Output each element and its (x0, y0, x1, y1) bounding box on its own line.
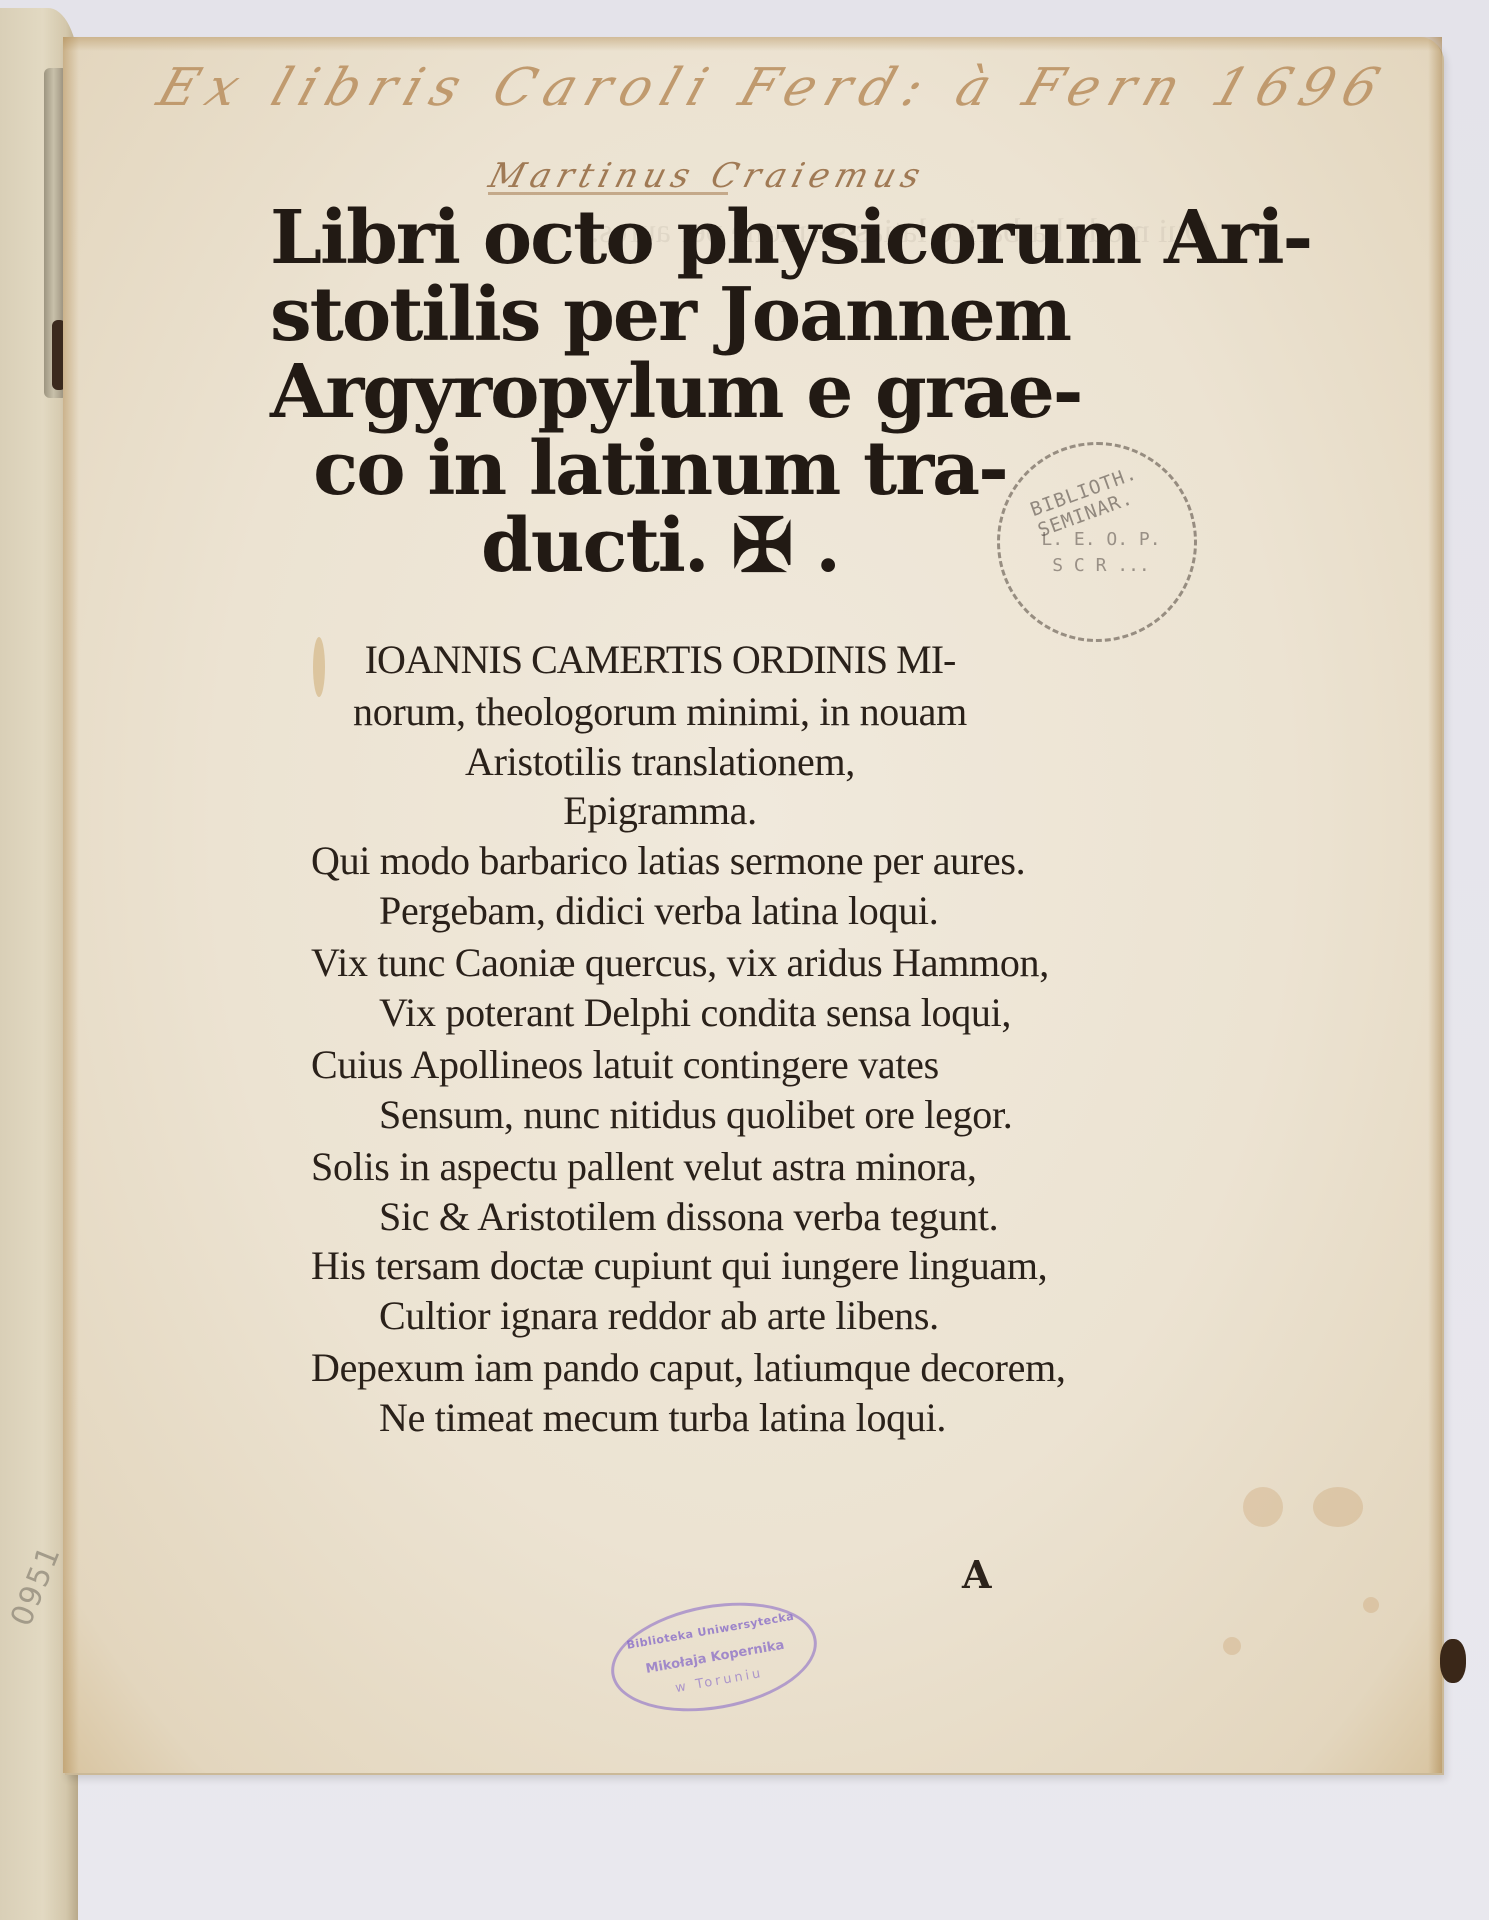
epigram-heading: Epigramma. (330, 787, 990, 834)
book-title: Libri octo physicorum Ari- stotilis per … (270, 200, 1050, 585)
title-line: ducti. ✠ . (270, 508, 1050, 585)
verse-line: His tersam doctæ cupiunt qui iungere lin… (311, 1242, 1047, 1289)
signature-mark: A (962, 1552, 991, 1597)
foxing-spot (1363, 1597, 1379, 1613)
title-line: co in latinum tra- (270, 431, 1050, 508)
verse-line: Depexum iam pando caput, latiumque decor… (311, 1344, 1066, 1391)
verse-line: Cultior ignara reddor ab arte libens. (379, 1292, 939, 1339)
verse-line: Qui modo barbarico latias sermone per au… (311, 837, 1025, 884)
stamp-text-line: S C R ... (1036, 553, 1166, 579)
title-line: Argyropylum e grae- (270, 354, 1050, 431)
stamp-text: L. E. O. P. S C R ... (1036, 527, 1166, 579)
burn-mark (1440, 1639, 1466, 1683)
owner-inscription: Martinus Craiemus (485, 156, 931, 196)
verse-line: Solis in aspectu pallent velut astra min… (311, 1143, 977, 1190)
verse-line: Pergebam, didici verba latina loqui. (379, 887, 938, 934)
verse-line: Ne timeat mecum turba latina loqui. (379, 1394, 946, 1441)
foxing-spot (1313, 1487, 1363, 1527)
dedication-line: norum, theologorum minimi, in nouam (330, 688, 990, 735)
verse-line: Sensum, nunc nitidus quolibet ore legor. (379, 1091, 1013, 1138)
foxing-spot (1223, 1637, 1241, 1655)
page-edge-stain (1428, 37, 1442, 1773)
stamp-text-line: L. E. O. P. (1036, 527, 1166, 553)
shelfmark: 0951 (4, 1540, 68, 1631)
ex-libris-inscription: Ex libris Caroli Ferd: à Fern 1696 (150, 58, 1396, 118)
verse-line: Cuius Apollineos latuit contingere vates (311, 1041, 939, 1088)
title-line: stotilis per Joannem (270, 277, 1050, 354)
verse-line: Vix poterant Delphi condita sensa loqui, (379, 989, 1011, 1036)
verse-line: Sic & Aristotilem dissona verba tegunt. (379, 1193, 998, 1240)
title-line: Libri octo physicorum Ari- (270, 200, 1050, 277)
page-edge-stain (63, 37, 79, 1773)
verse-line: Vix tunc Caoniæ quercus, vix aridus Hamm… (311, 939, 1049, 986)
foxing-spot (1243, 1487, 1283, 1527)
library-stamp-round: BIBLIOTH. SEMINAR. L. E. O. P. S C R ... (997, 442, 1197, 642)
page-edge-stain (63, 37, 1442, 51)
dedication-line: IOANNIS CAMERTIS ORDINIS MI- (330, 636, 990, 683)
dedication-line: Aristotilis translationem, (330, 738, 990, 785)
